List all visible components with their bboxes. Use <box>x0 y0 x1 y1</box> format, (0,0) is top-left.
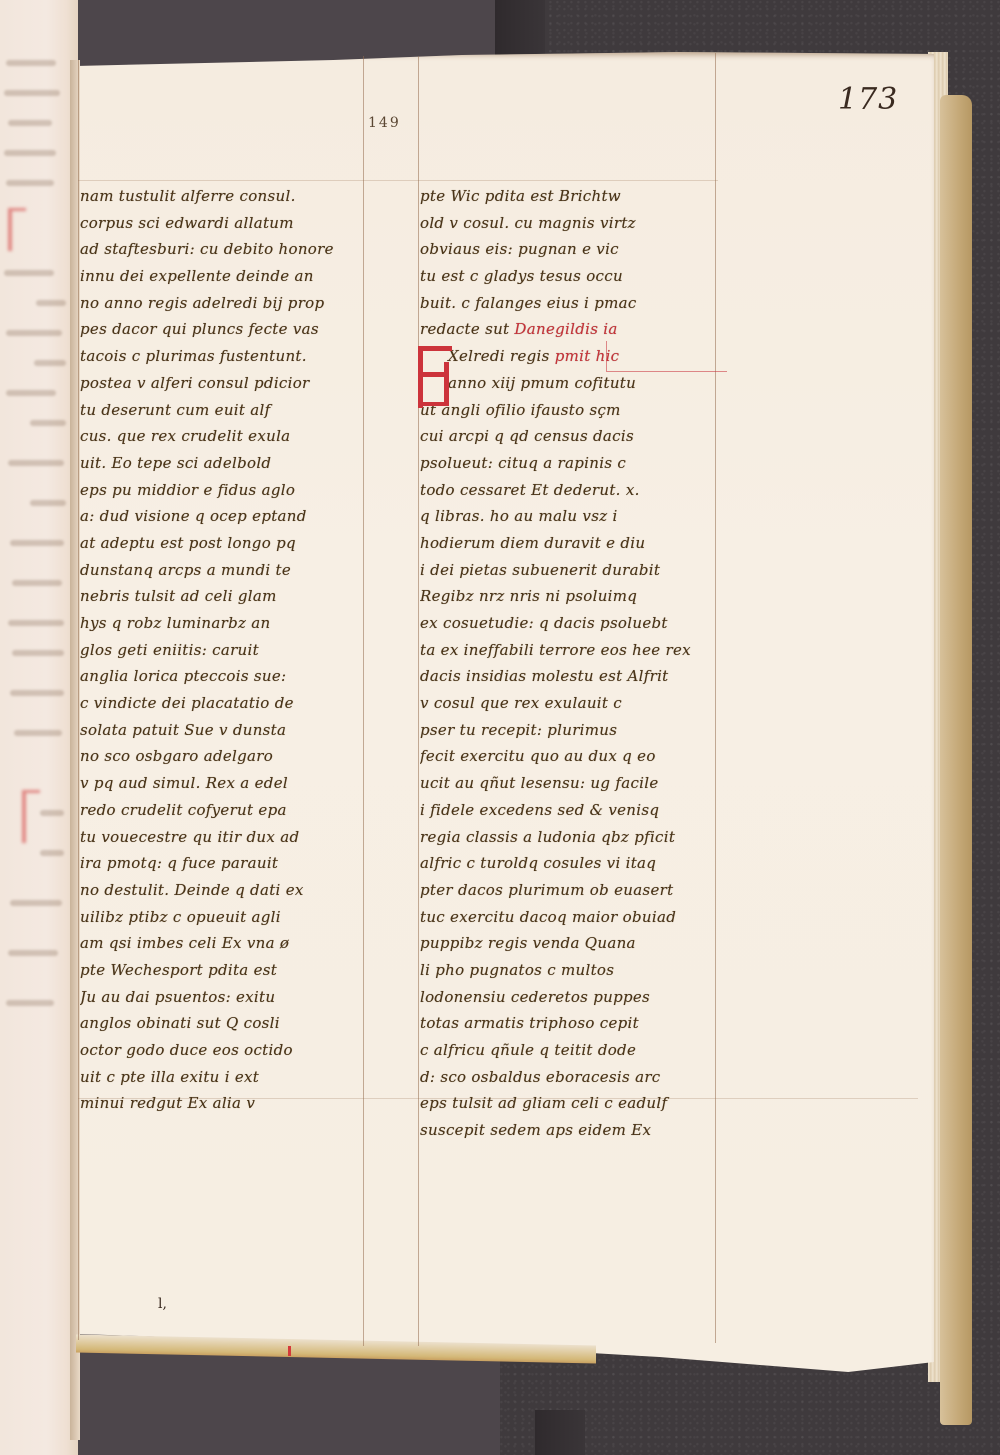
text-line-ink: alfric c turoldq cosules vi itaq <box>420 854 656 872</box>
text-line: d: sco osbaldus eboracesis arc <box>420 1064 735 1091</box>
text-line-ink: buit. c falanges eius i pmac <box>420 294 637 312</box>
text-line: a: dud visione q ocep eptand <box>80 503 385 530</box>
text-line-ink: totas armatis triphoso cepit <box>420 1014 639 1032</box>
text-line-ink: hodierum diem duravit e diu <box>420 534 645 552</box>
text-line: obviaus eis: pugnan e vic <box>420 236 735 263</box>
text-line-ink: i fidele excedens sed & venisq <box>420 801 659 819</box>
text-line: pser tu recepit: plurimus <box>420 717 735 744</box>
text-line-ink: Xelredi regis <box>448 347 555 365</box>
text-line: redo crudelit cofyerut epa <box>80 797 385 824</box>
text-line-ink: todo cessaret Et dederut. x. <box>420 481 640 499</box>
text-line: no anno regis adelredi bij prop <box>80 290 385 317</box>
text-line: i fidele excedens sed & venisq <box>420 797 735 824</box>
text-line: tuc exercitu dacoq maior obuiad <box>420 904 735 931</box>
text-line: ira pmotq: q fuce parauit <box>80 850 385 877</box>
text-line: octor godo duce eos octido <box>80 1037 385 1064</box>
text-line: uilibz ptibz c opueuit agli <box>80 904 385 931</box>
text-line: pte Wechesport pdita est <box>80 957 385 984</box>
text-line-ink: dacis insidias molestu est Alfrit <box>420 667 669 685</box>
text-line: anno xiij pmum cofitutu <box>420 370 735 397</box>
text-line: anglia lorica pteccois sue: <box>80 663 385 690</box>
text-line: nam tustulit alferre consul. <box>80 183 385 210</box>
text-line: c alfricu qñule q teitit dode <box>420 1037 735 1064</box>
text-line: v cosul que rex exulauit c <box>420 690 735 717</box>
text-line-ink: tu est c gladys tesus occu <box>420 267 623 285</box>
text-line: psolueut: cituq a rapinis c <box>420 450 735 477</box>
text-line: c vindicte dei placatatio de <box>80 690 385 717</box>
text-line: suscepit sedem aps eidem Ex <box>420 1117 735 1144</box>
text-line-ink: ta ex ineffabili terrore eos hee rex <box>420 641 691 659</box>
text-line: ta ex ineffabili terrore eos hee rex <box>420 637 735 664</box>
text-line: eps tulsit ad gliam celi c eadulf <box>420 1090 735 1117</box>
text-line-ink: pte Wic pdita est Brichtw <box>420 187 621 205</box>
text-line: pter dacos plurimum ob euasert <box>420 877 735 904</box>
text-line: corpus sci edwardi allatum <box>80 210 385 237</box>
text-line: buit. c falanges eius i pmac <box>420 290 735 317</box>
text-line: li pho pugnatos c multos <box>420 957 735 984</box>
text-line-ink: ex cosuetudie: q dacis psoluebt <box>420 614 668 632</box>
text-line: old v cosul. cu magnis virtz <box>420 210 735 237</box>
text-line-ink: v cosul que rex exulauit c <box>420 694 622 712</box>
text-line-ink: d: sco osbaldus eboracesis arc <box>420 1068 661 1086</box>
text-column-left: nam tustulit alferre consul. corpus sci … <box>80 183 385 1117</box>
text-line-ink: c alfricu qñule q teitit dode <box>420 1041 636 1059</box>
ruling-line <box>78 180 718 181</box>
text-line: ut angli ofilio ifausto sçm <box>420 397 735 424</box>
text-line-ink: li pho pugnatos c multos <box>420 961 614 979</box>
text-line: regia classis a ludonia qbz pficit <box>420 824 735 851</box>
text-line-ink: i dei pietas subuenerit durabit <box>420 561 660 579</box>
text-line: v pq aud simul. Rex a edel <box>80 770 385 797</box>
text-line: am qsi imbes celi Ex vna ø <box>80 930 385 957</box>
text-line: uit c pte illa exitu i ext <box>80 1064 385 1091</box>
text-line-ink: tuc exercitu dacoq maior obuiad <box>420 908 676 926</box>
text-line-ink: ucit au qñut lesensu: ug facile <box>420 774 659 792</box>
text-line: cus. que rex crudelit exula <box>80 423 385 450</box>
text-line-ink: redacte sut <box>420 320 514 338</box>
ruling-line <box>418 56 419 1346</box>
foam-shadow-bottom <box>535 1410 585 1455</box>
text-line-ink: suscepit sedem aps eidem Ex <box>420 1121 651 1139</box>
text-line-ink: puppibz regis venda Quana <box>420 934 636 952</box>
decorated-initial-h <box>418 346 452 408</box>
text-line-ink: psolueut: cituq a rapinis c <box>420 454 626 472</box>
text-line-ink: cui arcpi q qd census dacis <box>420 427 634 445</box>
text-line: redacte sut Danegildis ia <box>420 316 735 343</box>
text-line-ink: lodonensiu cederetos puppes <box>420 988 650 1006</box>
ruling-line <box>78 60 79 1340</box>
text-line: todo cessaret Et dederut. x. <box>420 477 735 504</box>
text-line-ink: old v cosul. cu magnis virtz <box>420 214 636 232</box>
margin-mark: l, <box>158 1296 167 1312</box>
running-number: 149 <box>368 115 401 131</box>
text-line: i dei pietas subuenerit durabit <box>420 557 735 584</box>
text-line: Ju au dai psuentos: exitu <box>80 984 385 1011</box>
text-line: solata patuit Sue v dunsta <box>80 717 385 744</box>
text-column-right: pte Wic pdita est Brichtwold v cosul. cu… <box>420 183 735 1144</box>
text-line: ucit au qñut lesensu: ug facile <box>420 770 735 797</box>
text-line: tu est c gladys tesus occu <box>420 263 735 290</box>
rubric-frame <box>606 341 727 372</box>
text-line: anglos obinati sut Q cosli <box>80 1010 385 1037</box>
text-line: dunstanq arcps a mundi te <box>80 557 385 584</box>
text-line: ad staftesburi: cu debito honore <box>80 236 385 263</box>
text-line: alfric c turoldq cosules vi itaq <box>420 850 735 877</box>
text-line: at adeptu est post longo pq <box>80 530 385 557</box>
text-line-ink: q libras. ho au malu vsz i <box>420 507 618 525</box>
text-line-ink: regia classis a ludonia qbz pficit <box>420 828 675 846</box>
text-line: no destulit. Deinde q dati ex <box>80 877 385 904</box>
text-line: totas armatis triphoso cepit <box>420 1010 735 1037</box>
text-line-ink: obviaus eis: pugnan e vic <box>420 240 619 258</box>
text-line: uit. Eo tepe sci adelbold <box>80 450 385 477</box>
text-line: fecit exercitu quo au dux q eo <box>420 743 735 770</box>
binding-edge <box>940 95 972 1425</box>
text-line: puppibz regis venda Quana <box>420 930 735 957</box>
text-line: eps pu middior e fidus aglo <box>80 477 385 504</box>
text-line: innu dei expellente deinde an <box>80 263 385 290</box>
text-line: nebris tulsit ad celi glam <box>80 583 385 610</box>
text-line: cui arcpi q qd census dacis <box>420 423 735 450</box>
text-line: tu deserunt cum euit alf <box>80 397 385 424</box>
text-line-ink: fecit exercitu quo au dux q eo <box>420 747 656 765</box>
text-line: postea v alferi consul pdicior <box>80 370 385 397</box>
text-line: minui redgut Ex alia v <box>80 1090 385 1117</box>
text-line-ink: anno xiij pmum cofitutu <box>448 374 636 392</box>
text-line: pes dacor qui pluncs fecte vas <box>80 316 385 343</box>
text-line-ink: pser tu recepit: plurimus <box>420 721 617 739</box>
text-line: ex cosuetudie: q dacis psoluebt <box>420 610 735 637</box>
text-line: glos geti eniitis: caruit <box>80 637 385 664</box>
text-line-ink: eps tulsit ad gliam celi c eadulf <box>420 1094 667 1112</box>
text-line: no sco osbgaro adelgaro <box>80 743 385 770</box>
text-line: lodonensiu cederetos puppes <box>420 984 735 1011</box>
red-edge-mark <box>288 1346 291 1356</box>
rubric-text: Danegildis ia <box>514 320 617 338</box>
text-line: hys q robz luminarbz an <box>80 610 385 637</box>
text-line: pte Wic pdita est Brichtw <box>420 183 735 210</box>
text-line: hodierum diem duravit e diu <box>420 530 735 557</box>
text-line: Regibz nrz nris ni psoluimq <box>420 583 735 610</box>
folio-number: 173 <box>838 82 898 117</box>
text-line-ink: Regibz nrz nris ni psoluimq <box>420 587 637 605</box>
text-line: dacis insidias molestu est Alfrit <box>420 663 735 690</box>
text-line-ink: pter dacos plurimum ob euasert <box>420 881 673 899</box>
text-line: q libras. ho au malu vsz i <box>420 503 735 530</box>
facing-page-verso <box>0 0 78 1455</box>
text-line: tacois c plurimas fustentunt. <box>80 343 385 370</box>
text-line: tu vouecestre qu itir dux ad <box>80 824 385 851</box>
